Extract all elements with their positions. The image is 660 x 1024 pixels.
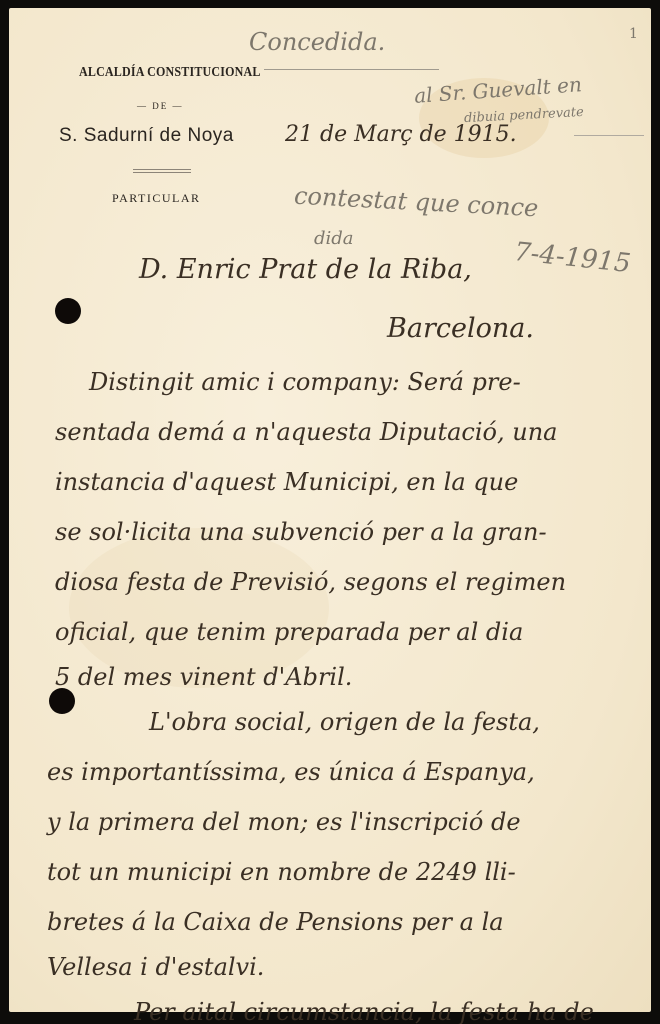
letterhead-rule bbox=[133, 172, 191, 173]
body-line: se sol·licita una subvenció per a la gra… bbox=[55, 518, 547, 546]
body-line: Per aital circumstancia, la festa ha de bbox=[134, 998, 594, 1024]
letterhead-de: — DE — bbox=[137, 101, 184, 111]
body-line: Vellesa i d'estalvi. bbox=[47, 953, 264, 981]
body-line: diosa festa de Previsió, segons el regim… bbox=[55, 568, 566, 596]
body-line: Distingit amic i company: Será pre- bbox=[89, 368, 521, 396]
pencil-underline bbox=[264, 69, 439, 70]
letterhead-rule bbox=[133, 169, 191, 170]
punch-hole bbox=[55, 298, 81, 324]
answer-date: 7-4-1915 bbox=[513, 237, 632, 279]
letter-date: 21 de Març de 1915. bbox=[285, 122, 517, 147]
body-line: sentada demá a n'aquesta Diputació, una bbox=[55, 418, 557, 446]
answer-note-line2: dida bbox=[314, 228, 354, 249]
addressee: D. Enric Prat de la Riba, bbox=[139, 254, 472, 285]
letter-page: ALCALDÍA CONSTITUCIONAL — DE — S. Sadurn… bbox=[9, 8, 651, 1012]
body-line: 5 del mes vinent d'Abril. bbox=[55, 663, 352, 691]
body-line: y la primera del mon; es l'inscripció de bbox=[47, 808, 521, 836]
body-line: tot un municipi en nombre de 2249 lli- bbox=[47, 858, 516, 886]
punch-hole bbox=[49, 688, 75, 714]
body-line: instancia d'aquest Municipi, en la que bbox=[55, 468, 518, 496]
body-line: bretes á la Caixa de Pensions per a la bbox=[47, 908, 504, 936]
letterhead-particular: PARTICULAR bbox=[112, 191, 201, 206]
letterhead-town: S. Sadurní de Noya bbox=[59, 125, 234, 147]
letterhead-title: ALCALDÍA CONSTITUCIONAL bbox=[79, 65, 261, 81]
concedida-note: Concedida. bbox=[249, 28, 385, 56]
addressee-city: Barcelona. bbox=[387, 313, 534, 344]
body-line: oficial, que tenim preparada per al dia bbox=[55, 618, 523, 646]
pencil-line bbox=[574, 135, 644, 136]
body-line: es importantíssima, es única á Espanya, bbox=[47, 758, 535, 786]
answer-note-line1: contestat que conce bbox=[293, 182, 539, 223]
page-number: 1 bbox=[629, 26, 638, 42]
body-line: L'obra social, origen de la festa, bbox=[149, 708, 540, 736]
